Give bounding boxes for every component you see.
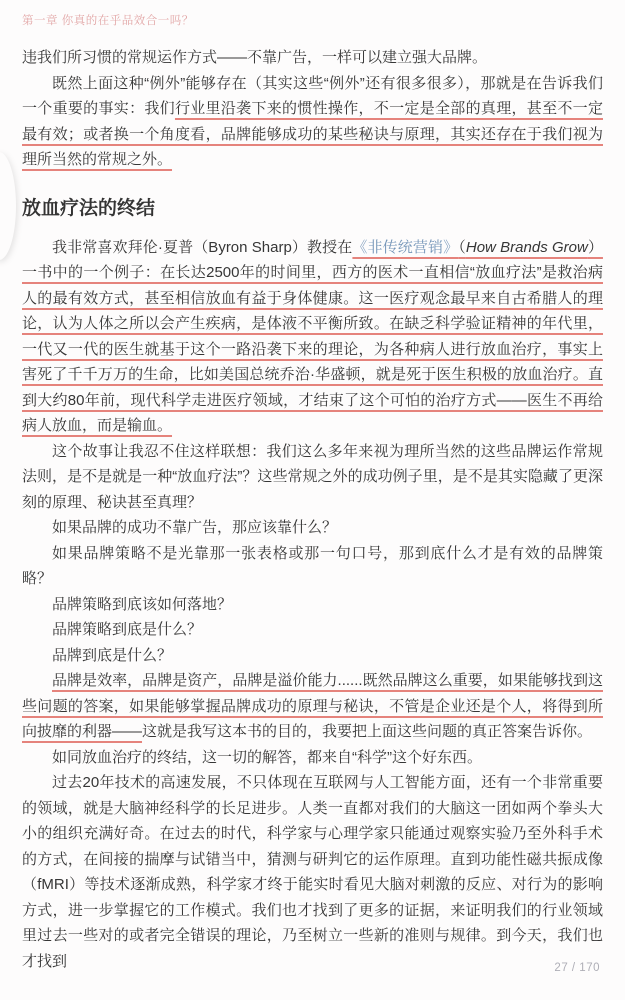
paragraph: 品牌策略到底该如何落地？ — [22, 592, 603, 618]
paragraph: 如果品牌的成功不靠广告，那应该靠什么？ — [22, 515, 603, 541]
page-indicator: 27 / 170 — [554, 962, 600, 974]
paragraph: 如同放血治疗的终结，这一切的解答，都来自“科学”这个好东西。 — [22, 745, 603, 771]
text-segment: 这个故事让我忍不住这样联想：我们这么多年来视为理所当然的这些品牌运作常规法则，是… — [22, 443, 603, 511]
text-segment: 品牌策略到底该如何落地？ — [52, 596, 232, 613]
text-segment: 品牌策略到底是什么？ — [52, 621, 202, 638]
text-segment: 品牌到底是什么？ — [52, 647, 172, 664]
section-heading: 放血疗法的终结 — [22, 195, 603, 222]
paragraph: 过去20年技术的高速发展，不只体现在互联网与人工智能方面，还有一个非常重要的领域… — [22, 770, 603, 974]
paragraph: 品牌策略到底是什么？ — [22, 617, 603, 643]
paragraph: 品牌是效率，品牌是资产，品牌是溢价能力......既然品牌这么重要，如果能够找到… — [22, 668, 603, 745]
page-curl-shadow — [0, 152, 16, 260]
text-segment: How Brands Grow — [466, 239, 588, 256]
paragraph: 这个故事让我忍不住这样联想：我们这么多年来视为理所当然的这些品牌运作常规法则，是… — [22, 439, 603, 516]
paragraph: 如果品牌策略不是光靠那一张表格或那一句口号，那到底什么才是有效的品牌策略？ — [22, 541, 603, 592]
text-segment: 如果品牌策略不是光靠那一张表格或那一句口号，那到底什么才是有效的品牌策略？ — [22, 545, 603, 588]
text-segment: 如果品牌的成功不靠广告，那应该靠什么？ — [52, 519, 337, 536]
paragraph: 既然上面这种“例外”能够存在（其实这些“例外”还有很多很多），那就是在告诉我们一… — [22, 71, 603, 173]
paragraph: 我非常喜欢拜伦·夏普（Byron Sharp）教授在《非传统营销》（How Br… — [22, 235, 603, 439]
text-segment: 我非常喜欢拜伦·夏普（Byron Sharp）教授在 — [52, 239, 352, 256]
reading-area: 违我们所习惯的常规运作方式——不靠广告，一样可以建立强大品牌。既然上面这种“例外… — [22, 45, 603, 974]
text-segment: 这就是我写这本书的目的，我要把上面这些问题的真正答案告诉你。 — [142, 723, 592, 740]
text-segment: ）一书中的一个例子：在长达2500年的时间里，西方的医术一直相信“放血疗法”是救… — [22, 239, 603, 435]
text-segment: （ — [458, 239, 466, 256]
book-title-link[interactable]: 《非传统营销》 — [352, 239, 458, 256]
ebook-page[interactable]: 第一章 你真的在乎品效合一吗？ 违我们所习惯的常规运作方式——不靠广告，一样可以… — [0, 0, 625, 1000]
text-segment: 违我们所习惯的常规运作方式——不靠广告，一样可以建立强大品牌。 — [22, 49, 487, 66]
paragraph: 违我们所习惯的常规运作方式——不靠广告，一样可以建立强大品牌。 — [22, 45, 603, 71]
chapter-header: 第一章 你真的在乎品效合一吗？ — [22, 12, 194, 28]
text-segment: 如同放血治疗的终结，这一切的解答，都来自“科学”这个好东西。 — [52, 749, 482, 766]
text-segment: 过去20年技术的高速发展，不只体现在互联网与人工智能方面，还有一个非常重要的领域… — [22, 774, 603, 970]
paragraph: 品牌到底是什么？ — [22, 643, 603, 669]
